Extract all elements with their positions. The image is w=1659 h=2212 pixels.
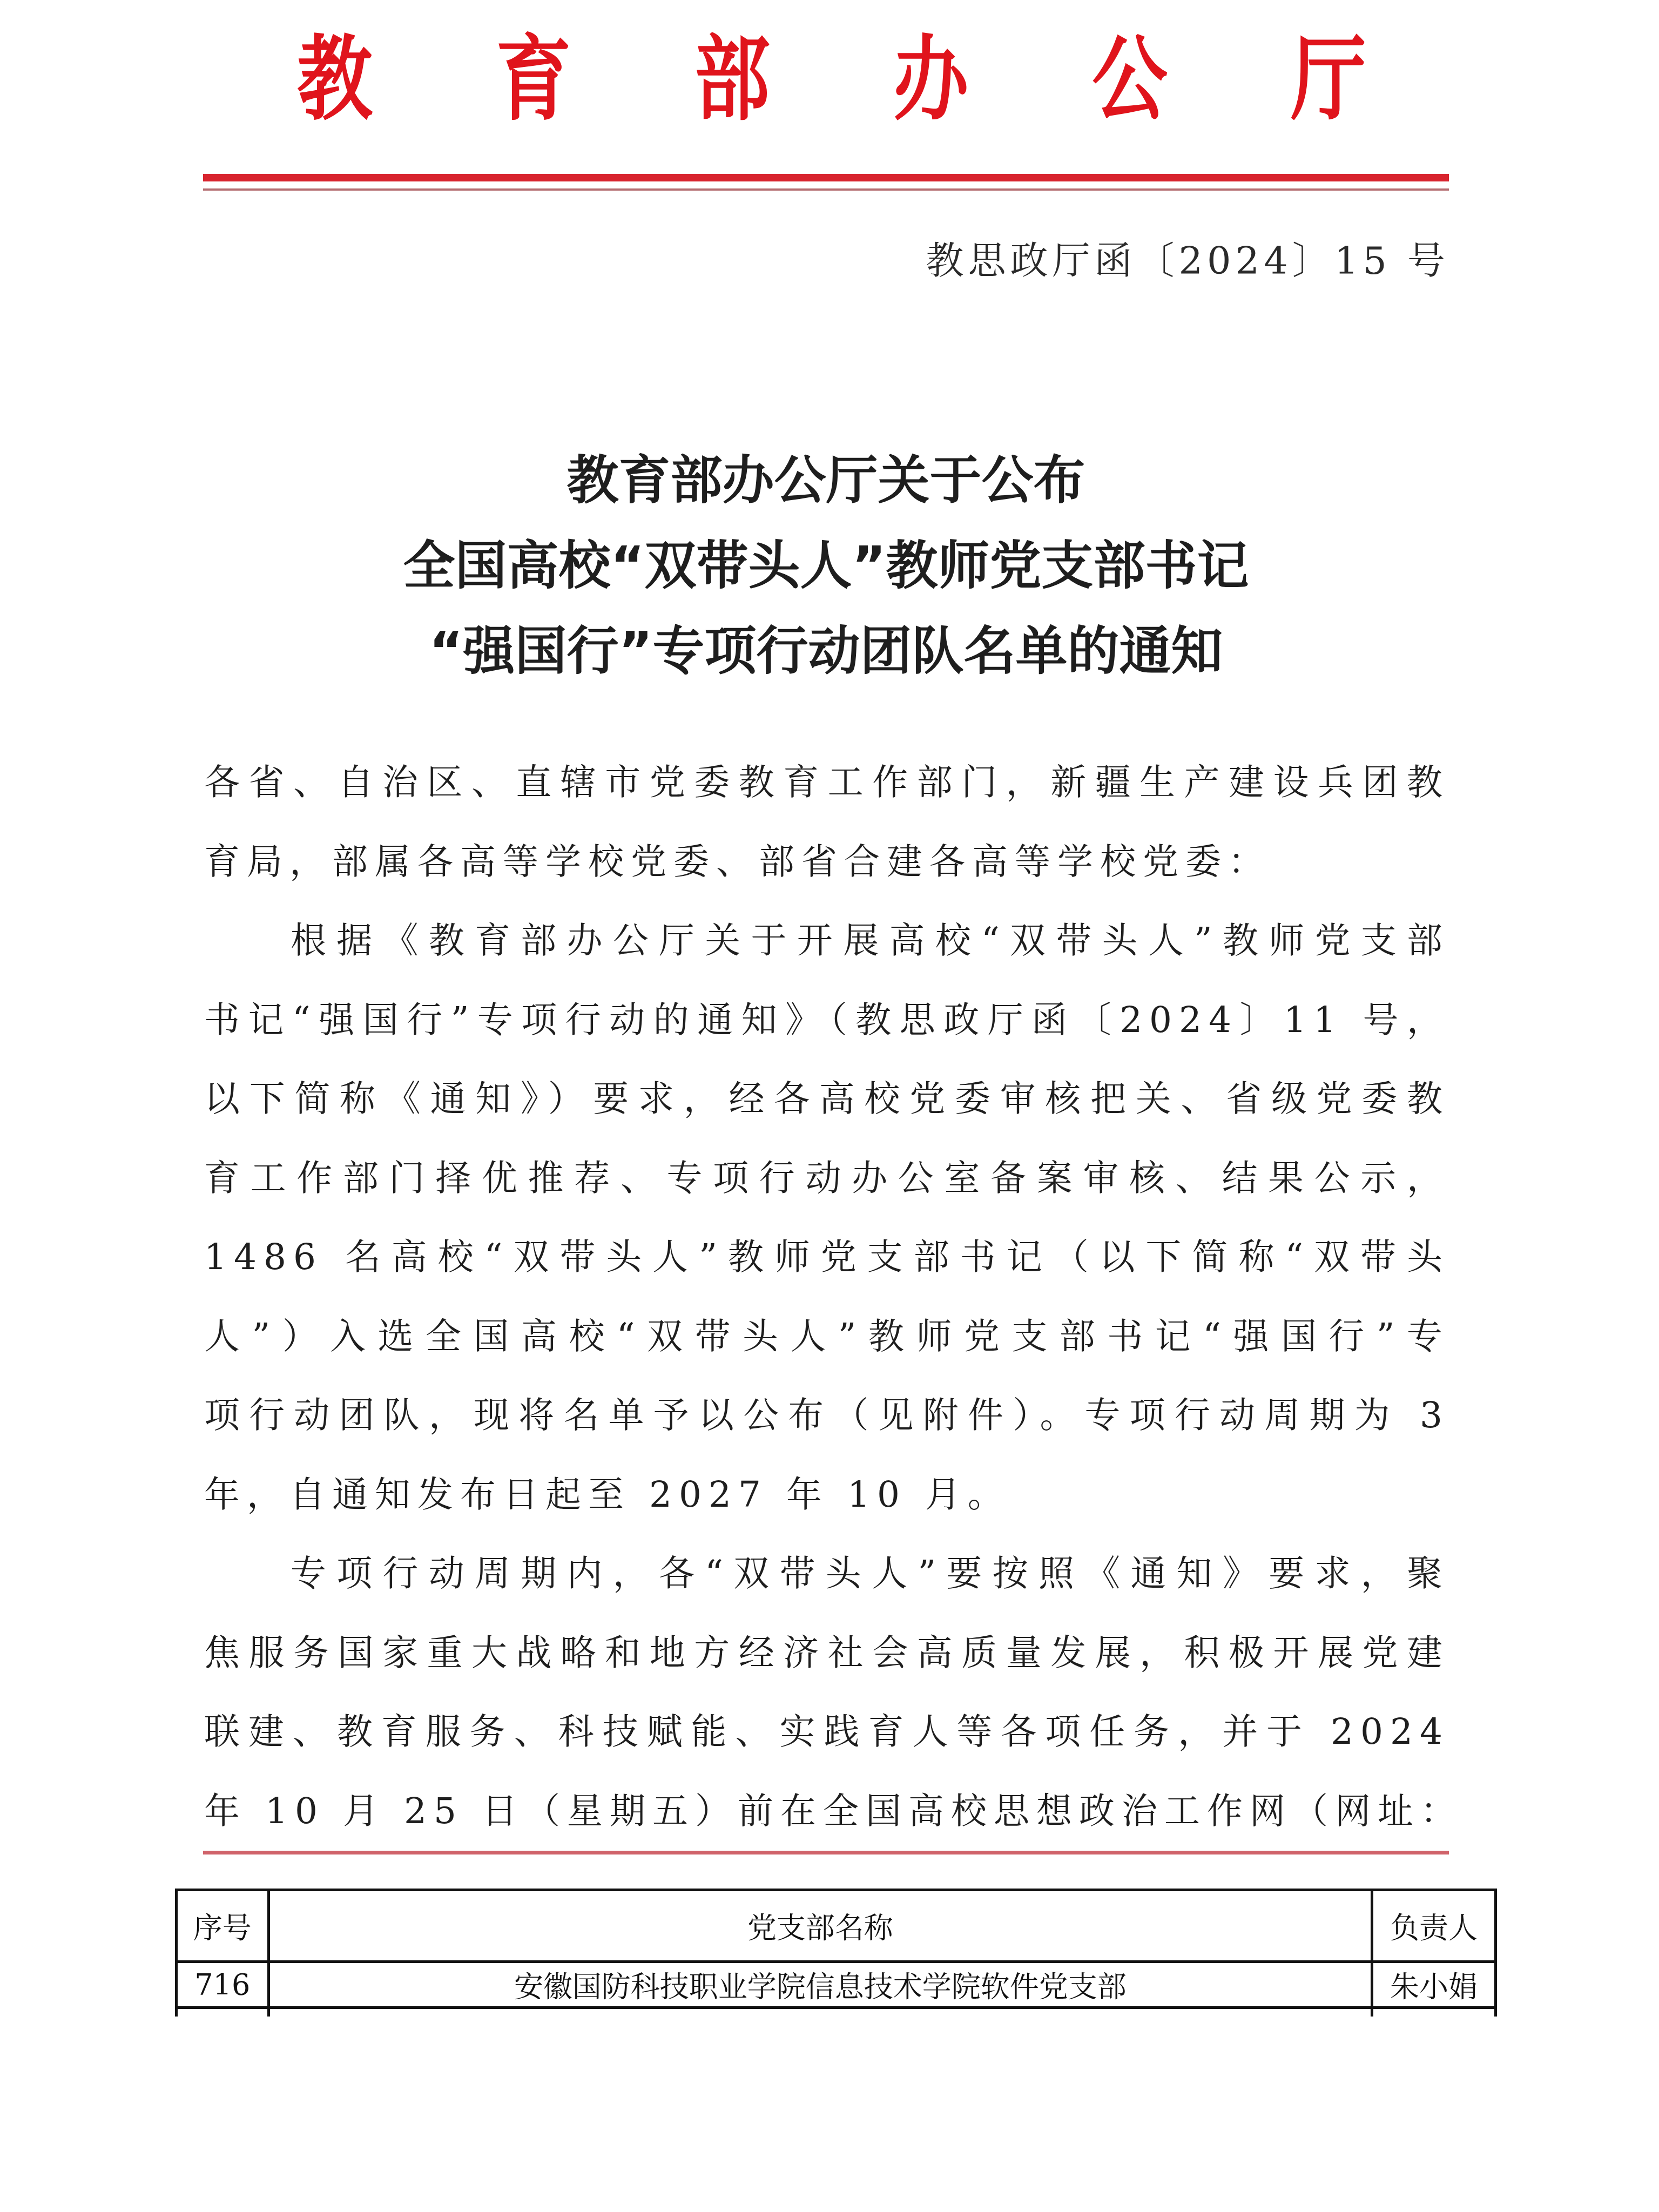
masthead-char: 公 <box>1085 28 1174 131</box>
text-line: 根据《教育部办公厅关于开展高校“双带头人”教师党支部 <box>204 901 1449 981</box>
masthead-char: 部 <box>688 28 777 131</box>
cell-empty <box>268 2008 1372 2017</box>
document-title: 教育部办公厅关于公布 全国高校“双带头人”教师党支部书记 “强国行”专项行动团队… <box>203 437 1449 693</box>
page-blank-area <box>162 2018 1512 2212</box>
text-line: 书记“强国行”专项行动的通知》（教思政厅函〔2024〕11 号， <box>204 981 1449 1060</box>
addressee: 各省、自治区、直辖市党委教育工作部门，新疆生产建设兵团教 育局，部属各高等学校党… <box>204 743 1449 901</box>
text-line: 1486 名高校“双带头人”教师党支部书记（以下简称“双带头 <box>204 1218 1449 1297</box>
masthead-rule-thick <box>203 174 1449 181</box>
text-line: 以下简称《通知》）要求，经各高校党委审核把关、省级党委教 <box>204 1060 1449 1139</box>
cell-serial: 716 <box>177 1962 269 2008</box>
text-line: 育局，部属各高等学校党委、部省合建各高等学校党委： <box>204 822 1449 902</box>
title-line: “强国行”专项行动团队名单的通知 <box>203 608 1449 693</box>
cell-empty <box>1372 2008 1496 2017</box>
document-body: 各省、自治区、直辖市党委教育工作部门，新疆生产建设兵团教 育局，部属各高等学校党… <box>204 743 1449 1851</box>
text-line: 人”）入选全国高校“双带头人”教师党支部书记“强国行”专 <box>204 1297 1449 1377</box>
masthead-char: 教 <box>291 28 379 131</box>
text-line: 年 10 月 25 日（星期五）前在全国高校思想政治工作网（网址： <box>204 1772 1449 1851</box>
masthead-char: 办 <box>887 28 975 131</box>
title-line: 全国高校“双带头人”教师党支部书记 <box>203 523 1449 608</box>
header-serial: 序号 <box>177 1890 269 1962</box>
page-bottom-rule <box>203 1851 1449 1854</box>
table-row-cut <box>177 2008 1496 2017</box>
masthead: 教 育 部 办 公 厅 <box>281 28 1382 131</box>
header-branch-name: 党支部名称 <box>268 1890 1372 1962</box>
paragraph-1: 根据《教育部办公厅关于开展高校“双带头人”教师党支部 书记“强国行”专项行动的通… <box>204 901 1449 1534</box>
text-line: 育工作部门择优推荐、专项行动办公室备案审核、结果公示， <box>204 1139 1449 1218</box>
masthead-char: 厅 <box>1284 28 1373 131</box>
text-line: 专项行动周期内，各“双带头人”要按照《通知》要求，聚 <box>204 1534 1449 1614</box>
text-line: 联建、教育服务、科技赋能、实践育人等各项任务，并于 2024 <box>204 1692 1449 1772</box>
document-number: 教思政厅函〔2024〕15 号 <box>926 237 1449 285</box>
text-line: 焦服务国家重大战略和地方经济社会高质量发展，积极开展党建 <box>204 1614 1449 1693</box>
table-row: 716 安徽国防科技职业学院信息技术学院软件党支部 朱小娟 <box>177 1962 1496 2008</box>
cell-empty <box>177 2008 269 2017</box>
masthead-rule-thin <box>203 188 1449 191</box>
cell-leader: 朱小娟 <box>1372 1962 1496 2008</box>
cell-branch-name: 安徽国防科技职业学院信息技术学院软件党支部 <box>268 1962 1372 2008</box>
team-list-table: 序号 党支部名称 负责人 716 安徽国防科技职业学院信息技术学院软件党支部 朱… <box>175 1889 1497 2017</box>
masthead-char: 育 <box>489 28 578 131</box>
text-line: 年，自通知发布日起至 2027 年 10 月。 <box>204 1455 1449 1535</box>
table-header-row: 序号 党支部名称 负责人 <box>177 1890 1496 1962</box>
title-line: 教育部办公厅关于公布 <box>203 437 1449 523</box>
header-leader: 负责人 <box>1372 1890 1496 1962</box>
text-line: 各省、自治区、直辖市党委教育工作部门，新疆生产建设兵团教 <box>204 743 1449 822</box>
text-line: 项行动团队，现将名单予以公布（见附件）。专项行动周期为 3 <box>204 1376 1449 1455</box>
paragraph-2: 专项行动周期内，各“双带头人”要按照《通知》要求，聚 焦服务国家重大战略和地方经… <box>204 1534 1449 1851</box>
